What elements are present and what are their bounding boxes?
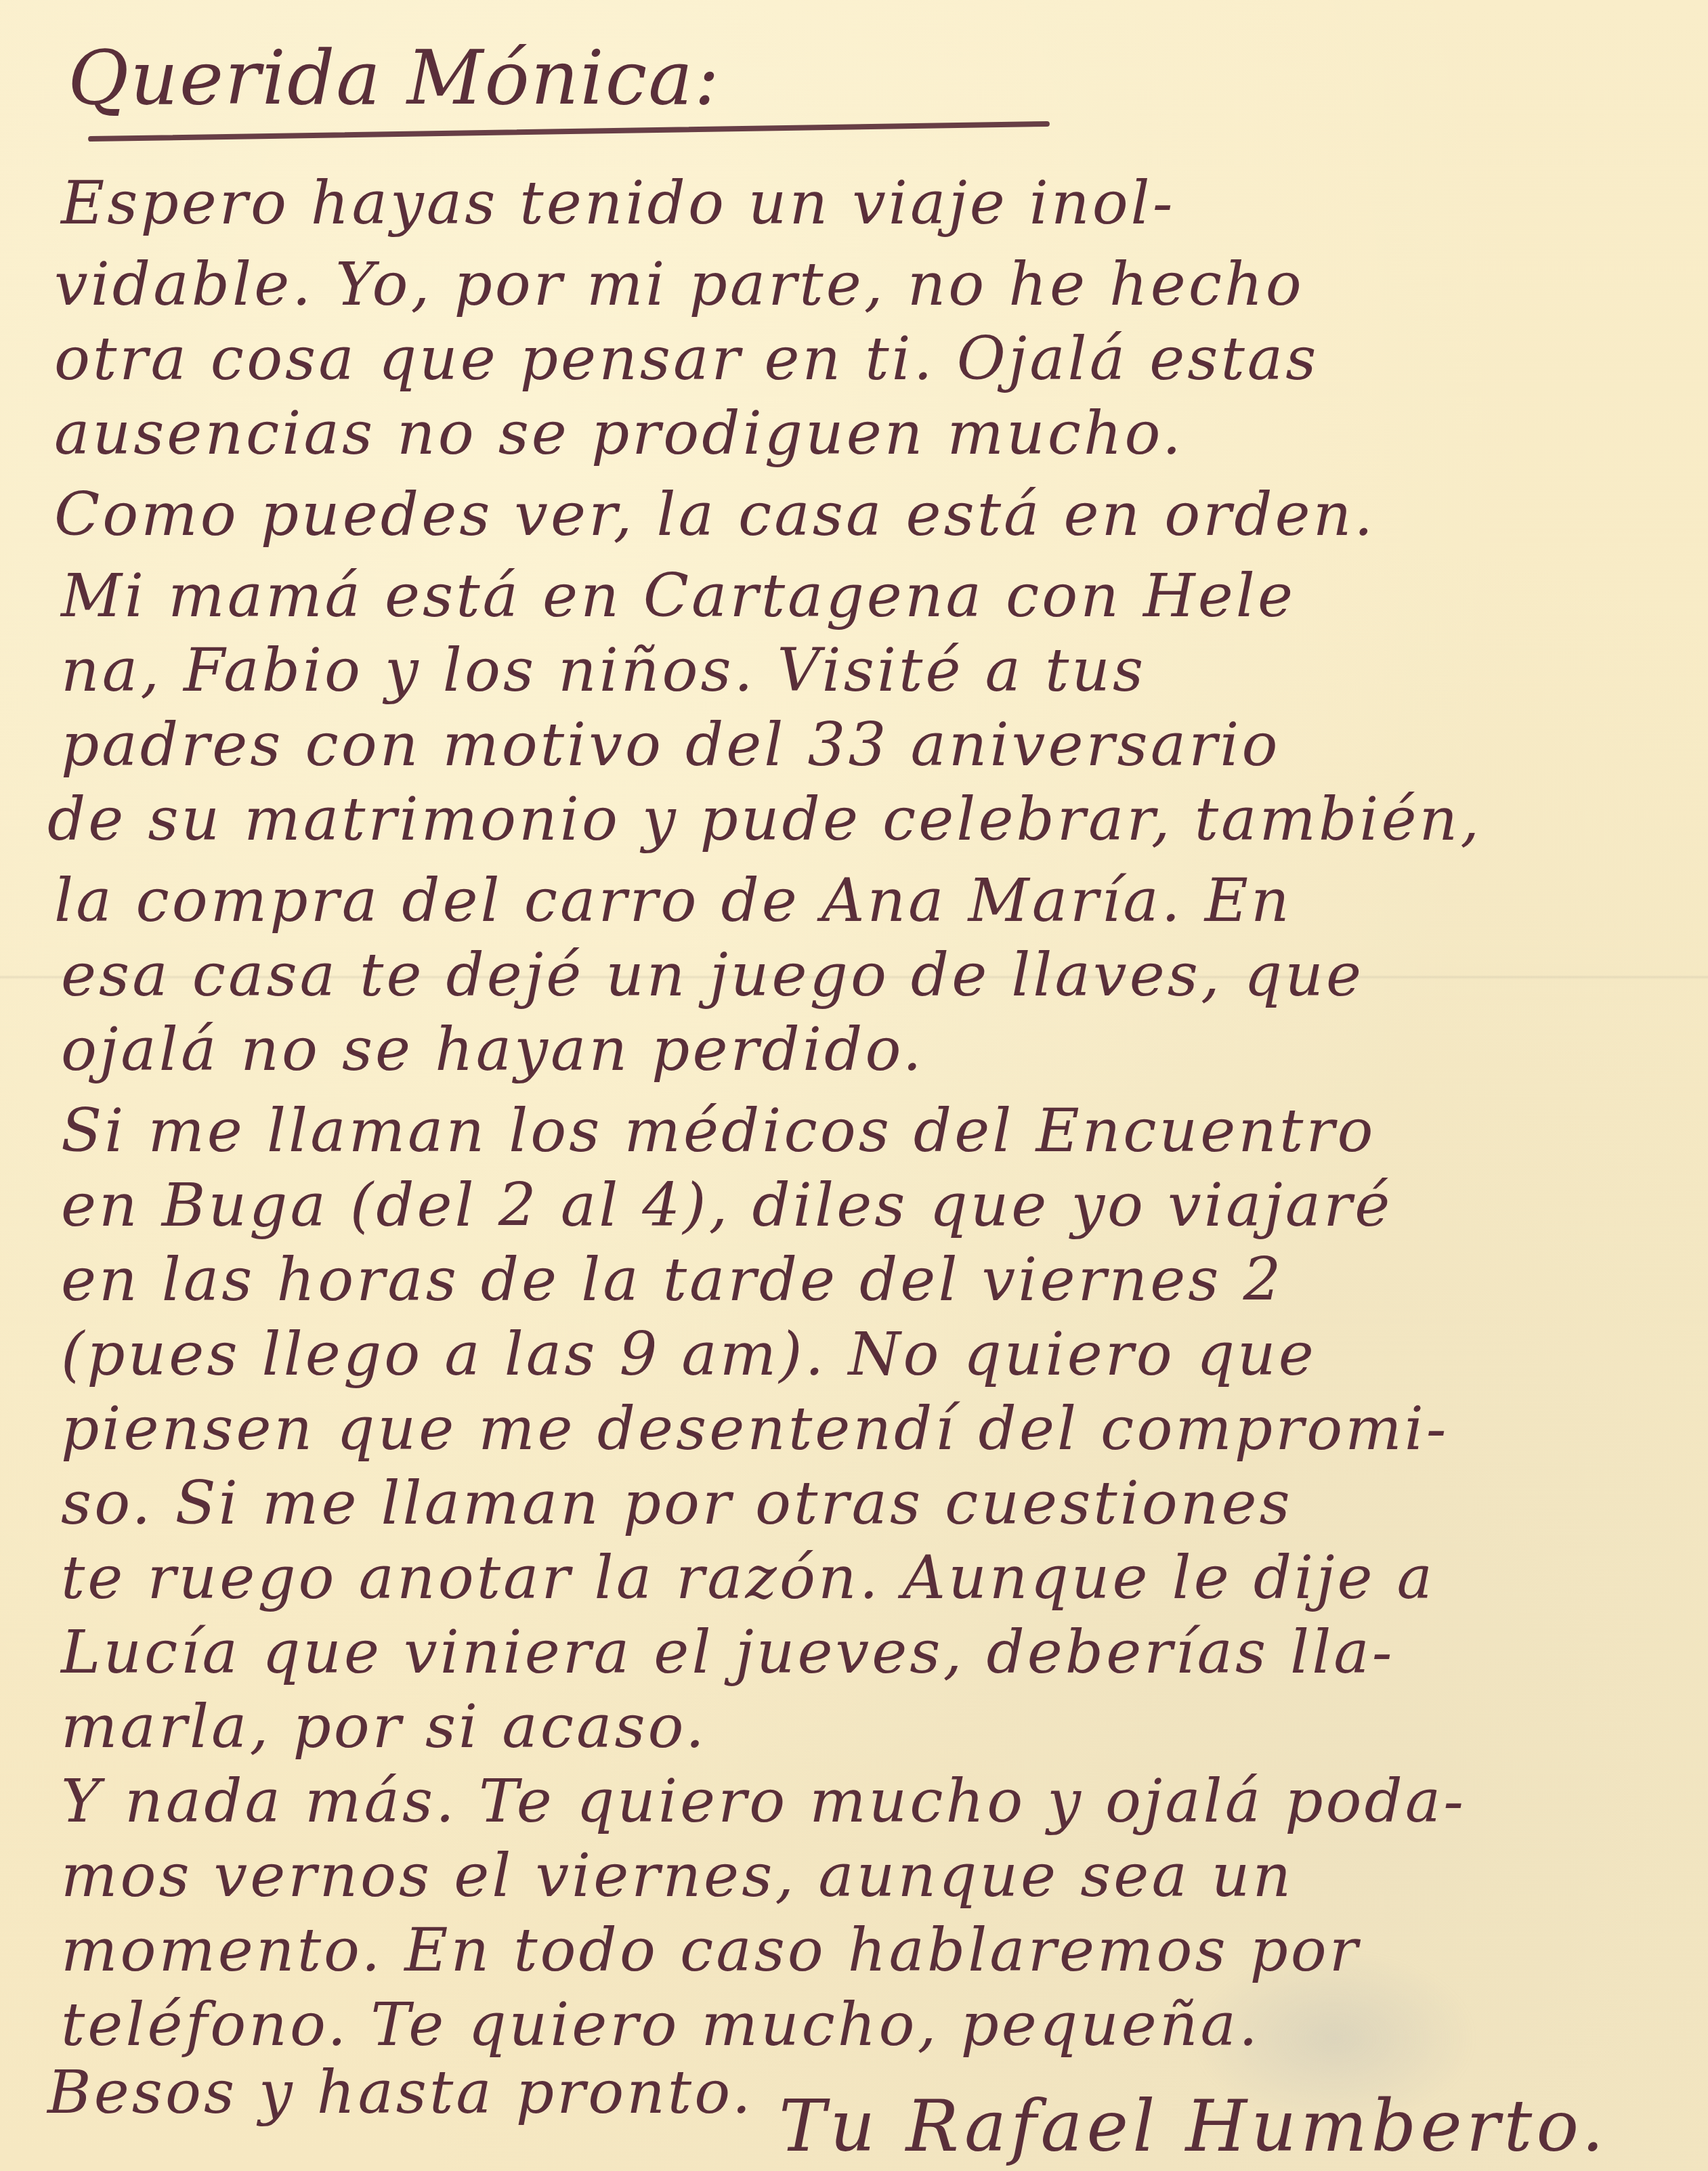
letter-line: momento. En todo caso hablaremos por bbox=[61, 1916, 1361, 1984]
letter-line: Como puedes ver, la casa está en orden. bbox=[54, 481, 1375, 549]
letter-line: Si me llaman los médicos del Encuentro bbox=[61, 1097, 1375, 1165]
handwritten-letter: Querida Mónica: Espero hayas tenido un v… bbox=[47, 27, 1673, 135]
letter-line: en Buga (del 2 al 4), diles que yo viaja… bbox=[61, 1172, 1392, 1239]
letter-line: so. Si me llaman por otras cuestiones bbox=[61, 1469, 1293, 1537]
letter-line: la compra del carro de Ana María. En bbox=[54, 867, 1292, 934]
letter-line: na, Fabio y los niños. Visité a tus bbox=[61, 637, 1146, 704]
letter-line: de su matrimonio y pude celebrar, tambié… bbox=[47, 786, 1482, 853]
letter-line: Espero hayas tenido un viaje inol- bbox=[61, 169, 1176, 237]
letter-line: en las horas de la tarde del viernes 2 bbox=[61, 1246, 1283, 1314]
letter-line: Y nada más. Te quiero mucho y ojalá poda… bbox=[61, 1767, 1466, 1835]
letter-line: mos vernos el viernes, aunque sea un bbox=[61, 1842, 1294, 1910]
salutation: Querida Mónica: bbox=[47, 27, 734, 135]
letter-line: vidable. Yo, por mi parte, no he hecho bbox=[54, 251, 1304, 318]
signature: Tu Rafael Humberto. bbox=[779, 2086, 1608, 2167]
letter-line: padres con motivo del 33 aniversario bbox=[61, 711, 1280, 779]
letter-line: marla, por si acaso. bbox=[61, 1693, 707, 1761]
letter-line: ausencias no se prodiguen mucho. bbox=[54, 400, 1184, 467]
letter-line: teléfono. Te quiero mucho, pequeña. bbox=[61, 1991, 1260, 2059]
letter-line: Besos y hasta pronto. bbox=[47, 2059, 754, 2126]
letter-line: te ruego anotar la razón. Aunque le dije… bbox=[61, 1544, 1435, 1612]
letter-line: Lucía que viniera el jueves, deberías ll… bbox=[61, 1618, 1395, 1686]
letter-line: esa casa te dejé un juego de llaves, que bbox=[61, 941, 1364, 1009]
letter-line: ojalá no se hayan perdido. bbox=[61, 1016, 924, 1083]
letter-line: Mi mamá está en Cartagena con Hele bbox=[61, 562, 1296, 630]
letter-line: otra cosa que pensar en ti. Ojalá estas bbox=[54, 325, 1319, 393]
letter-line: piensen que me desentendí del compromi- bbox=[61, 1395, 1449, 1463]
letter-line: (pues llego a las 9 am). No quiero que bbox=[61, 1320, 1317, 1388]
